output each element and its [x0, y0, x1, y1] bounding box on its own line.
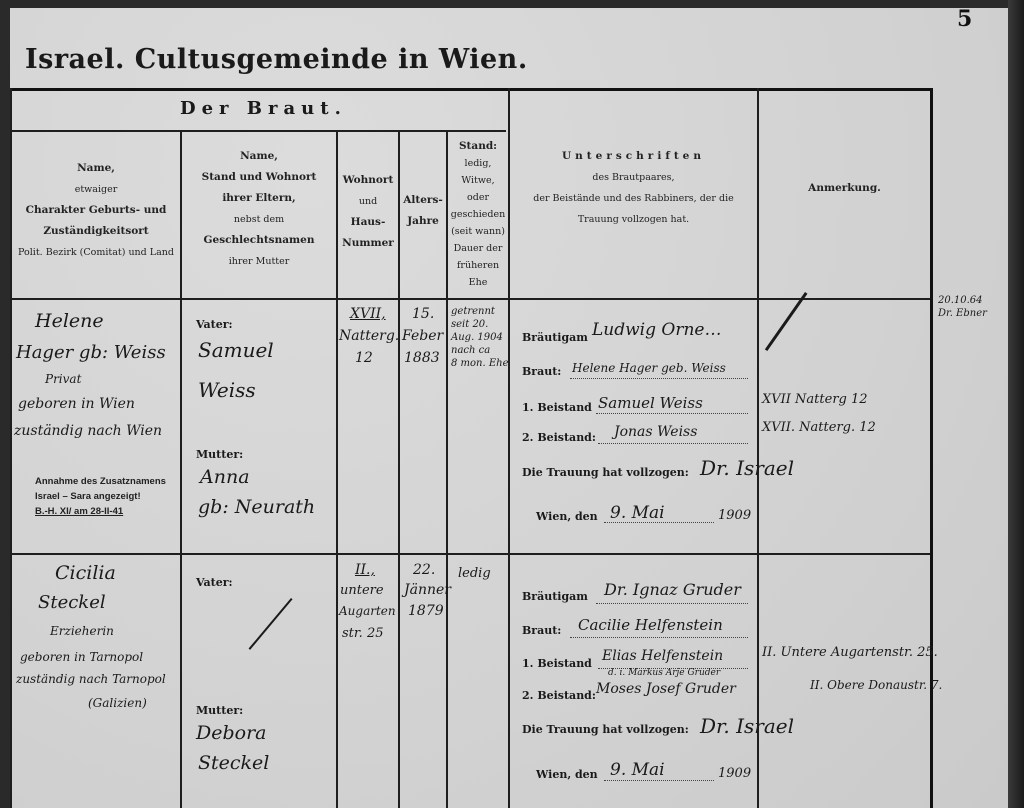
father-label: Vater:	[196, 576, 233, 589]
residence-street: Natterg.	[339, 328, 399, 344]
bride-signature: Helene Hager geb. Weiss	[572, 361, 726, 375]
wedding-date: 9. Mai	[610, 760, 665, 780]
braut-group-header: Der Braut.	[180, 98, 347, 119]
groom-signature: Dr. Ignaz Gruder	[604, 580, 741, 599]
margin-note: 20.10.64 Dr. Ebner	[938, 294, 987, 320]
bride-country: (Galizien)	[88, 696, 147, 710]
header-signatures: Unterschriften des Brautpaares, der Beis…	[510, 146, 757, 230]
officiated-label: Die Trauung hat vollzogen:	[522, 723, 689, 736]
place-date-label: Wien, den	[536, 510, 598, 523]
birth-year: 1879	[408, 603, 444, 619]
bride-occupation: Erzieherin	[50, 624, 114, 638]
residence-district: II.,	[355, 562, 375, 578]
witness1-signature: Samuel Weiss	[598, 394, 703, 412]
bride-occupation: Privat	[45, 372, 81, 386]
birth-month: Jänner	[404, 582, 451, 598]
wedding-date: 9. Mai	[610, 503, 665, 523]
father-first-name: Samuel	[198, 338, 274, 362]
mother-first-name: Anna	[200, 466, 250, 488]
residence-number: 12	[355, 350, 373, 366]
residence-street-1: untere	[340, 583, 384, 598]
marital-status: getrennt seit 20. Aug. 1904 nach ca 8 mo…	[451, 305, 509, 370]
residence-number: str. 25	[342, 626, 384, 641]
book-edge	[1008, 0, 1024, 808]
birth-day: 22.	[413, 562, 435, 578]
header-age: Alters- Jahre	[400, 190, 446, 232]
witness2-signature: Jonas Weiss	[614, 424, 697, 440]
birth-year: 1883	[404, 350, 440, 366]
place-date-label: Wien, den	[536, 768, 598, 781]
name-addition-stamp: Annahme des Zusatznamens Israel – Sara a…	[35, 474, 166, 519]
bride-first-name: Cicilia	[55, 562, 116, 584]
witness1-signature: Elias Helfenstein	[602, 648, 723, 664]
header-residence: Wohnort und Haus- Nummer	[338, 170, 398, 254]
groom-line	[596, 603, 748, 604]
witness2-label: 2. Beistand:	[522, 689, 596, 702]
bride-label: Braut:	[522, 624, 561, 637]
remark-line-2: II. Obere Donaustr. 7.	[810, 678, 942, 692]
residence-street-2: Augarten	[339, 604, 396, 618]
groom-label: Bräutigam	[522, 590, 588, 603]
witness1-label: 1. Beistand	[522, 401, 592, 414]
mother-first-name: Debora	[196, 722, 267, 744]
witness1-line	[596, 413, 748, 414]
bride-birthplace: geboren in Tarnopol	[20, 650, 143, 664]
page-number: 5	[957, 6, 972, 32]
row-divider	[10, 553, 932, 555]
table-top-border	[10, 88, 932, 91]
mother-surname: Steckel	[198, 752, 269, 774]
bride-surname: Hager gb: Weiss	[16, 342, 166, 363]
col-border-right	[930, 88, 933, 808]
header-remarks: Anmerkung.	[759, 178, 930, 199]
bride-birthplace: geboren in Wien	[18, 396, 135, 412]
bride-line	[570, 637, 748, 638]
header-parents: Name, Stand und Wohnort ihrer Eltern, ne…	[182, 146, 336, 272]
header-bottom-border	[10, 298, 932, 300]
page-title: Israel. Cultusgemeinde in Wien.	[25, 44, 528, 75]
mother-label: Mutter:	[196, 448, 243, 461]
wedding-year: 1909	[718, 508, 751, 523]
mother-label: Mutter:	[196, 704, 243, 717]
witness1-note: d. i. Markus Arje Gruder	[608, 668, 720, 678]
bride-line	[570, 378, 748, 379]
birth-month: Feber	[402, 328, 443, 344]
father-label: Vater:	[196, 318, 233, 331]
braut-group-divider	[10, 130, 506, 132]
remark-line-1: XVII Natterg 12	[762, 392, 868, 407]
birth-day: 15.	[412, 306, 434, 322]
officiated-label: Die Trauung hat vollzogen:	[522, 466, 689, 479]
bride-label: Braut:	[522, 365, 561, 378]
groom-signature: Ludwig Orne…	[592, 320, 721, 340]
wedding-year: 1909	[718, 766, 751, 781]
father-surname: Weiss	[198, 378, 256, 402]
rabbi-signature: Dr. Israel	[700, 714, 794, 738]
witness2-signature: Moses Josef Gruder	[596, 681, 736, 697]
header-name: Name, etwaiger Charakter Geburts- und Zu…	[12, 158, 180, 263]
bride-first-name: Helene	[35, 310, 104, 332]
remark-line-2: XVII. Natterg. 12	[762, 420, 876, 435]
bride-domicile: zuständig nach Tarnopol	[16, 672, 166, 686]
header-status: Stand: ledig, Witwe, oder geschieden (se…	[448, 138, 508, 291]
marital-status: ledig	[458, 566, 491, 581]
bride-signature: Cacilie Helfenstein	[578, 616, 723, 634]
remark-line-1: II. Untere Augartenstr. 25.	[762, 645, 938, 660]
witness2-line	[598, 443, 748, 444]
mother-maiden-name: gb: Neurath	[198, 496, 315, 518]
groom-label: Bräutigam	[522, 331, 588, 344]
witness2-label: 2. Beistand:	[522, 431, 596, 444]
witness1-label: 1. Beistand	[522, 657, 592, 670]
rabbi-signature: Dr. Israel	[700, 456, 794, 480]
bride-surname: Steckel	[38, 592, 106, 613]
date-line	[604, 780, 714, 781]
bride-domicile: zuständig nach Wien	[14, 423, 162, 439]
residence-district: XVII,	[350, 306, 386, 322]
